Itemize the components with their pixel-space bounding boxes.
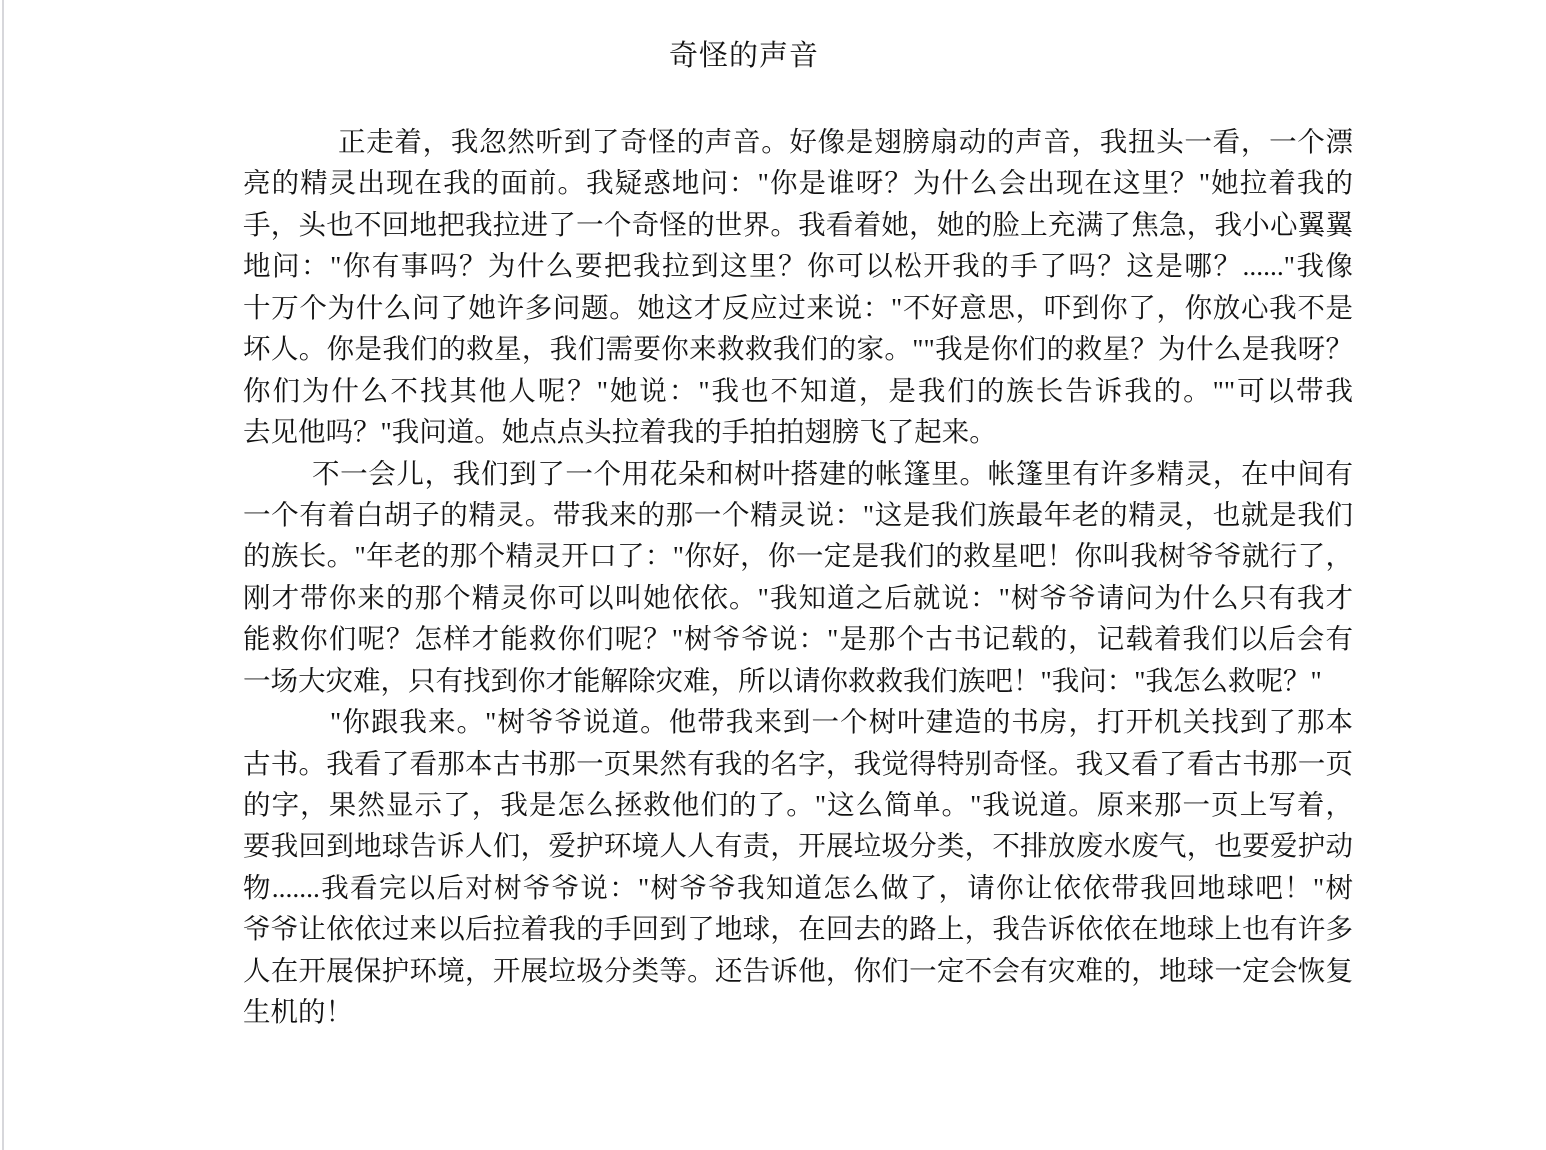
page-edge-line — [2, 0, 4, 1150]
paragraph: 正走着，我忽然听到了奇怪的声音。好像是翅膀扇动的声音，我扭头一看，一个漂亮的精灵… — [243, 121, 1353, 453]
paragraph: 不一会儿，我们到了一个用花朵和树叶搭建的帐篷里。帐篷里有许多精灵，在中间有一个有… — [243, 453, 1353, 702]
text-line: 刚才带你来的那个精灵你可以叫她依依。"我知道之后就说："树爷爷请问为什么只有我才 — [243, 577, 1353, 618]
text-line: 人在开展保护环境，开展垃圾分类等。还告诉他，你们一定不会有灾难的，地球一定会恢复 — [243, 950, 1353, 991]
text-line: 要我回到地球告诉人们，爱护环境人人有责，开展垃圾分类，不排放废水废气，也要爱护动 — [243, 825, 1353, 866]
text-line: "你跟我来。"树爷爷说道。他带我来到一个树叶建造的书房，打开机关找到了那本 — [243, 701, 1353, 742]
text-line: 的字，果然显示了，我是怎么拯救他们的了。"这么简单。"我说道。原来那一页上写着， — [243, 784, 1353, 825]
text-line: 生机的！ — [243, 991, 1353, 1032]
text-line: 物.......我看完以后对树爷爷说："树爷爷我知道怎么做了，请你让依依带我回地… — [243, 867, 1353, 908]
text-line: 去见他吗？"我问道。她点点头拉着我的手拍拍翅膀飞了起来。 — [243, 411, 1353, 452]
text-line: 能救你们呢？怎样才能救你们呢？"树爷爷说："是那个古书记载的，记载着我们以后会有 — [243, 618, 1353, 659]
text-line: 十万个为什么问了她许多问题。她这才反应过来说："不好意思，吓到你了，你放心我不是 — [243, 287, 1353, 328]
text-line: 坏人。你是我们的救星，我们需要你来救救我们的家。""我是你们的救星？为什么是我呀… — [243, 328, 1353, 369]
text-line: 古书。我看了看那本古书那一页果然有我的名字，我觉得特别奇怪。我又看了看古书那一页 — [243, 743, 1353, 784]
paragraph: "你跟我来。"树爷爷说道。他带我来到一个树叶建造的书房，打开机关找到了那本古书。… — [243, 701, 1353, 1033]
document-title: 奇怪的声音 — [0, 33, 1488, 74]
text-line: 你们为什么不找其他人呢？"她说："我也不知道，是我们的族长告诉我的。""可以带我 — [243, 370, 1353, 411]
text-line: 手，头也不回地把我拉进了一个奇怪的世界。我看着她，她的脸上充满了焦急，我小心翼翼 — [243, 204, 1353, 245]
text-line: 正走着，我忽然听到了奇怪的声音。好像是翅膀扇动的声音，我扭头一看，一个漂 — [243, 121, 1353, 162]
document-body: 正走着，我忽然听到了奇怪的声音。好像是翅膀扇动的声音，我扭头一看，一个漂亮的精灵… — [243, 121, 1353, 1033]
text-line: 一个有着白胡子的精灵。带我来的那一个精灵说："这是我们族最年老的精灵，也就是我们 — [243, 494, 1353, 535]
text-line: 地问："你有事吗？为什么要把我拉到这里？你可以松开我的手了吗？这是哪？.....… — [243, 245, 1353, 286]
text-line: 一场大灾难，只有找到你才能解除灾难，所以请你救救我们族吧！"我问："我怎么救呢？… — [243, 660, 1353, 701]
document-page: 奇怪的声音 正走着，我忽然听到了奇怪的声音。好像是翅膀扇动的声音，我扭头一看，一… — [0, 0, 1546, 1150]
text-line: 不一会儿，我们到了一个用花朵和树叶搭建的帐篷里。帐篷里有许多精灵，在中间有 — [243, 453, 1353, 494]
text-line: 的族长。"年老的那个精灵开口了："你好，你一定是我们的救星吧！你叫我树爷爷就行了… — [243, 535, 1353, 576]
text-line: 爷爷让依依过来以后拉着我的手回到了地球，在回去的路上，我告诉依依在地球上也有许多 — [243, 908, 1353, 949]
text-line: 亮的精灵出现在我的面前。我疑惑地问："你是谁呀？为什么会出现在这里？"她拉着我的 — [243, 162, 1353, 203]
